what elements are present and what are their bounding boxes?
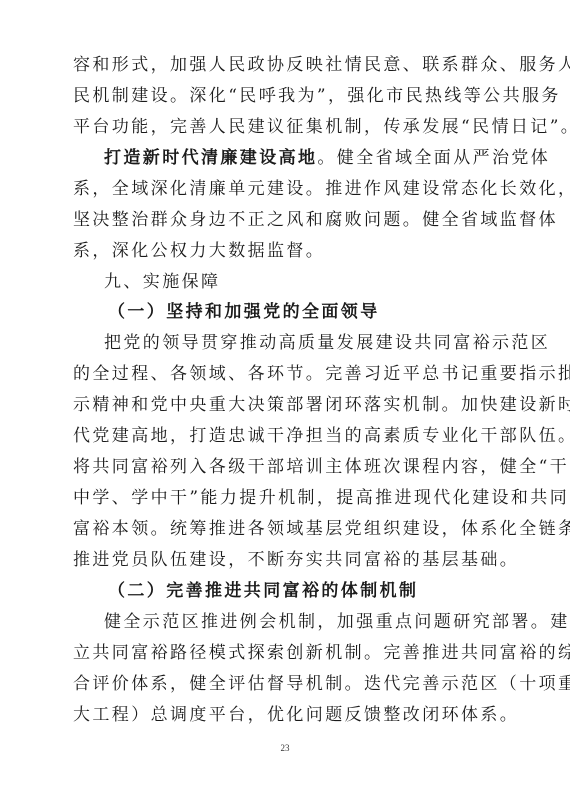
text-line: 的全过程、各领域、各环节。完善习近平总书记重要指示批: [73, 364, 498, 384]
text-line: 坚决整治群众身边不正之风和腐败问题。健全省域监督体: [73, 210, 498, 230]
document-page: 容和形式，加强人民政协反映社情民意、联系群众、服务人 民机制建设。深化“民呼我为…: [0, 0, 570, 792]
text-line: 容和形式，加强人民政协反映社情民意、联系群众、服务人: [73, 55, 498, 75]
subsection-heading: （一）坚持和加强党的全面领导: [108, 302, 533, 322]
text-line: 推进党员队伍建设，不断夯实共同富裕的基层基础。: [73, 550, 498, 570]
text-line: 合评价体系，健全评估督导机制。迭代完善示范区（十项重: [73, 674, 498, 694]
text-line: 大工程）总调度平台，优化问题反馈整改闭环体系。: [73, 705, 498, 725]
paragraph-lead: 打造新时代清廉建设高地。健全省域全面从严治党体: [104, 148, 529, 168]
text-line: 民机制建设。深化“民呼我为”，强化市民热线等公共服务: [73, 86, 498, 106]
bold-lead-phrase: 打造新时代清廉建设高地: [104, 148, 317, 168]
text-line: 代党建高地，打造忠诚干净担当的高素质专业化干部队伍。: [73, 426, 498, 446]
text-line: 系，全域深化清廉单元建设。推进作风建设常态化长效化，: [73, 179, 498, 199]
text-span: 。健全省域全面从严治党体: [317, 148, 550, 168]
text-line: 健全示范区推进例会机制，加强重点问题研究部署。建: [104, 612, 529, 632]
text-line: 将共同富裕列入各级干部培训主体班次课程内容，健全“干: [73, 457, 498, 477]
text-line: 平台功能，完善人民建议征集机制，传承发展“民情日记”。: [73, 117, 498, 137]
section-heading: 九、实施保障: [104, 272, 529, 292]
text-line: 富裕本领。统筹推进各领域基层党组织建设，体系化全链条: [73, 519, 498, 539]
text-line: 中学、学中干”能力提升机制，提高推进现代化建设和共同: [73, 488, 498, 508]
text-line: 把党的领导贯穿推动高质量发展建设共同富裕示范区: [104, 333, 529, 353]
page-number: 23: [0, 743, 570, 753]
text-line: 立共同富裕路径模式探索创新机制。完善推进共同富裕的综: [73, 643, 498, 663]
text-line: 系，深化公权力大数据监督。: [73, 241, 498, 261]
subsection-heading: （二）完善推进共同富裕的体制机制: [108, 581, 533, 601]
text-line: 示精神和党中央重大决策部署闭环落实机制。加快建设新时: [73, 395, 498, 415]
